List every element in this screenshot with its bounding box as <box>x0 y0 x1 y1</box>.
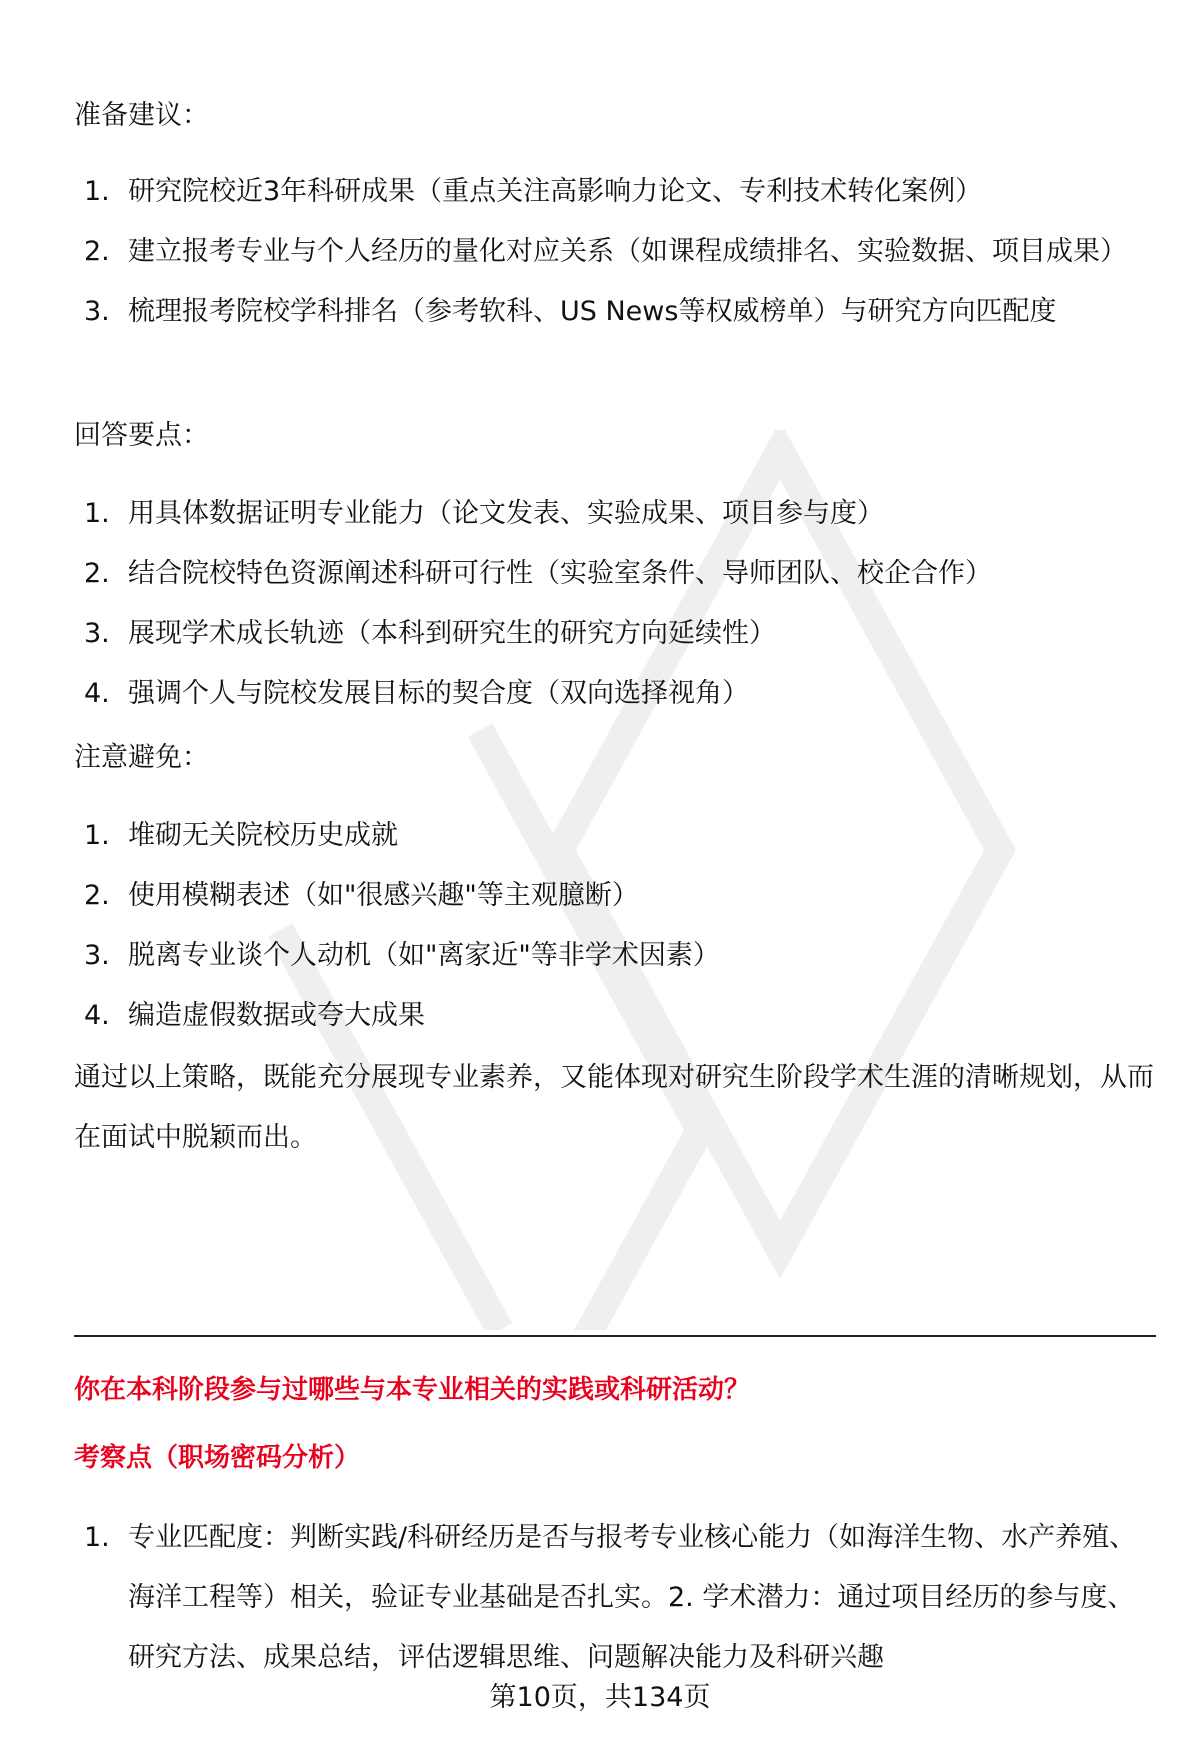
prep-list: 1.研究院校近3年科研成果（重点关注高影响力论文、专利技术转化案例） 2.建立报… <box>0 162 1148 342</box>
question-subtitle: 考察点（职场密码分析） <box>74 1440 360 1476</box>
question-title: 你在本科阶段参与过哪些与本专业相关的实践或科研活动？ <box>74 1372 750 1408</box>
list-item: 4.编造虚假数据或夸大成果 <box>0 986 1148 1046</box>
prep-heading: 准备建议： <box>74 98 209 134</box>
avoid-heading: 注意避免： <box>74 740 209 776</box>
question-list: 1.专业匹配度：判断实践/科研经历是否与报考专业核心能力（如海洋生物、水产养殖、… <box>0 1508 1148 1688</box>
answer-heading: 回答要点： <box>74 418 209 454</box>
list-item: 3.梳理报考院校学科排名（参考软科、US News等权威榜单）与研究方向匹配度 <box>0 282 1148 342</box>
conclusion-paragraph: 通过以上策略，既能充分展现专业素养，又能体现对研究生阶段学术生涯的清晰规划，从而… <box>74 1048 1154 1168</box>
list-item: 2.建立报考专业与个人经历的量化对应关系（如课程成绩排名、实验数据、项目成果） <box>0 222 1148 282</box>
list-item: 3.脱离专业谈个人动机（如"离家近"等非学术因素） <box>0 926 1148 986</box>
list-item: 1.研究院校近3年科研成果（重点关注高影响力论文、专利技术转化案例） <box>0 162 1148 222</box>
list-item: 4.强调个人与院校发展目标的契合度（双向选择视角） <box>0 664 1148 724</box>
list-item: 2.使用模糊表述（如"很感兴趣"等主观臆断） <box>0 866 1148 926</box>
page-number: 第10页，共134页 <box>0 1680 1200 1716</box>
answer-list: 1.用具体数据证明专业能力（论文发表、实验成果、项目参与度） 2.结合院校特色资… <box>0 484 1148 724</box>
list-item: 1.专业匹配度：判断实践/科研经历是否与报考专业核心能力（如海洋生物、水产养殖、… <box>0 1508 1148 1688</box>
list-item: 1.用具体数据证明专业能力（论文发表、实验成果、项目参与度） <box>0 484 1148 544</box>
section-divider <box>74 1335 1156 1337</box>
list-item: 1.堆砌无关院校历史成就 <box>0 806 1148 866</box>
list-item: 3.展现学术成长轨迹（本科到研究生的研究方向延续性） <box>0 604 1148 664</box>
avoid-list: 1.堆砌无关院校历史成就 2.使用模糊表述（如"很感兴趣"等主观臆断） 3.脱离… <box>0 806 1148 1046</box>
document-page: 准备建议： 1.研究院校近3年科研成果（重点关注高影响力论文、专利技术转化案例）… <box>0 0 1200 1755</box>
list-item: 2.结合院校特色资源阐述科研可行性（实验室条件、导师团队、校企合作） <box>0 544 1148 604</box>
